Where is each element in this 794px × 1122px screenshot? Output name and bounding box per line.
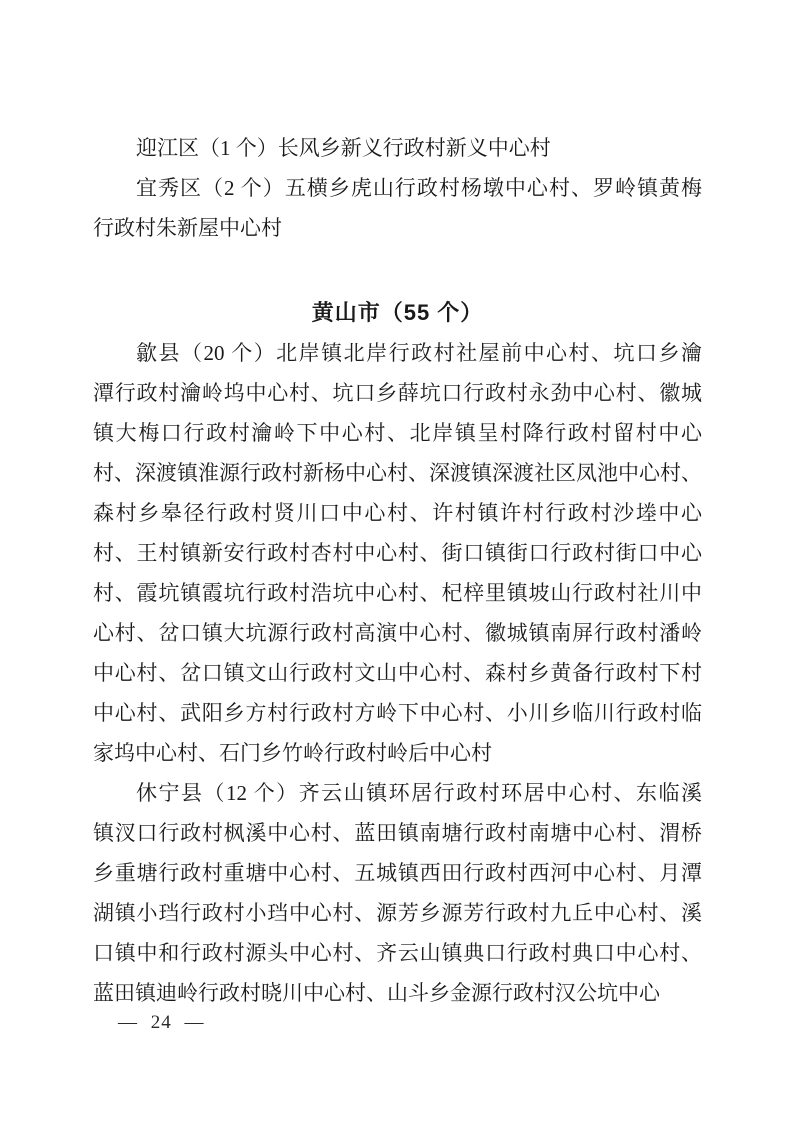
text-line: 行政村朱新屋中心村: [93, 208, 702, 248]
text-line: 村、王村镇新安行政村杏村中心村、街口镇街口行政村街口中心: [93, 533, 702, 573]
paragraph-yixiu-district: 宜秀区（2 个）五横乡虎山行政村杨墩中心村、罗岭镇黄梅行政村朱新屋中心村: [93, 168, 702, 248]
text-line: 家坞中心村、石门乡竹岭行政村岭后中心村: [93, 733, 702, 773]
text-line: 迎江区（1 个）长风乡新义行政村新义中心村: [93, 128, 702, 168]
text-line: 湖镇小珰行政村小珰中心村、源芳乡源芳行政村九丘中心村、溪: [93, 893, 702, 933]
text-line: 森村乡皋径行政村贤川口中心村、许村镇许村行政村沙堘中心: [93, 493, 702, 533]
text-line: 乡重塘行政村重塘中心村、五城镇西田行政村西河中心村、月潭: [93, 853, 702, 893]
text-line: 村、深渡镇淮源行政村新杨中心村、深渡镇深渡社区凤池中心村、: [93, 453, 702, 493]
page-number: — 24 —: [118, 1008, 205, 1038]
text-line: 村、霞坑镇霞坑行政村浩坑中心村、杞梓里镇坡山行政村社川中: [93, 573, 702, 613]
text-line: 宜秀区（2 个）五横乡虎山行政村杨墩中心村、罗岭镇黄梅: [93, 168, 702, 208]
text-line: 中心村、武阳乡方村行政村方岭下中心村、小川乡临川行政村临: [93, 693, 702, 733]
paragraph-xiuning-county: 休宁县（12 个）齐云山镇环居行政村环居中心村、东临溪镇汊口行政村枫溪中心村、蓝…: [93, 773, 702, 1013]
text-line: 镇汊口行政村枫溪中心村、蓝田镇南塘行政村南塘中心村、渭桥: [93, 813, 702, 853]
text-line: 中心村、岔口镇文山行政村文山中心村、森村乡黄备行政村下村: [93, 653, 702, 693]
text-line: 口镇中和行政村源头中心村、齐云山镇典口行政村典口中心村、: [93, 933, 702, 973]
text-line: 心村、岔口镇大坑源行政村高演中心村、徽城镇南屏行政村潘岭: [93, 613, 702, 653]
paragraph-yingjiang-district: 迎江区（1 个）长风乡新义行政村新义中心村: [93, 128, 702, 168]
text-line: 歙县（20 个）北岸镇北岸行政村社屋前中心村、坑口乡瀹: [93, 333, 702, 373]
text-line: 休宁县（12 个）齐云山镇环居行政村环居中心村、东临溪: [93, 773, 702, 813]
text-content-area: 迎江区（1 个）长风乡新义行政村新义中心村 宜秀区（2 个）五横乡虎山行政村杨墩…: [93, 128, 702, 1013]
document-page: 迎江区（1 个）长风乡新义行政村新义中心村 宜秀区（2 个）五横乡虎山行政村杨墩…: [0, 0, 794, 1122]
text-line: 蓝田镇迪岭行政村晓川中心村、山斗乡金源行政村汉公坑中心: [93, 973, 702, 1013]
section-heading-huangshan: 黄山市（55 个）: [93, 293, 702, 333]
text-line: 镇大梅口行政村瀹岭下中心村、北岸镇呈村降行政村留村中心: [93, 413, 702, 453]
paragraph-she-county: 歙县（20 个）北岸镇北岸行政村社屋前中心村、坑口乡瀹潭行政村瀹岭坞中心村、坑口…: [93, 333, 702, 773]
text-line: 潭行政村瀹岭坞中心村、坑口乡薛坑口行政村永劲中心村、徽城: [93, 373, 702, 413]
